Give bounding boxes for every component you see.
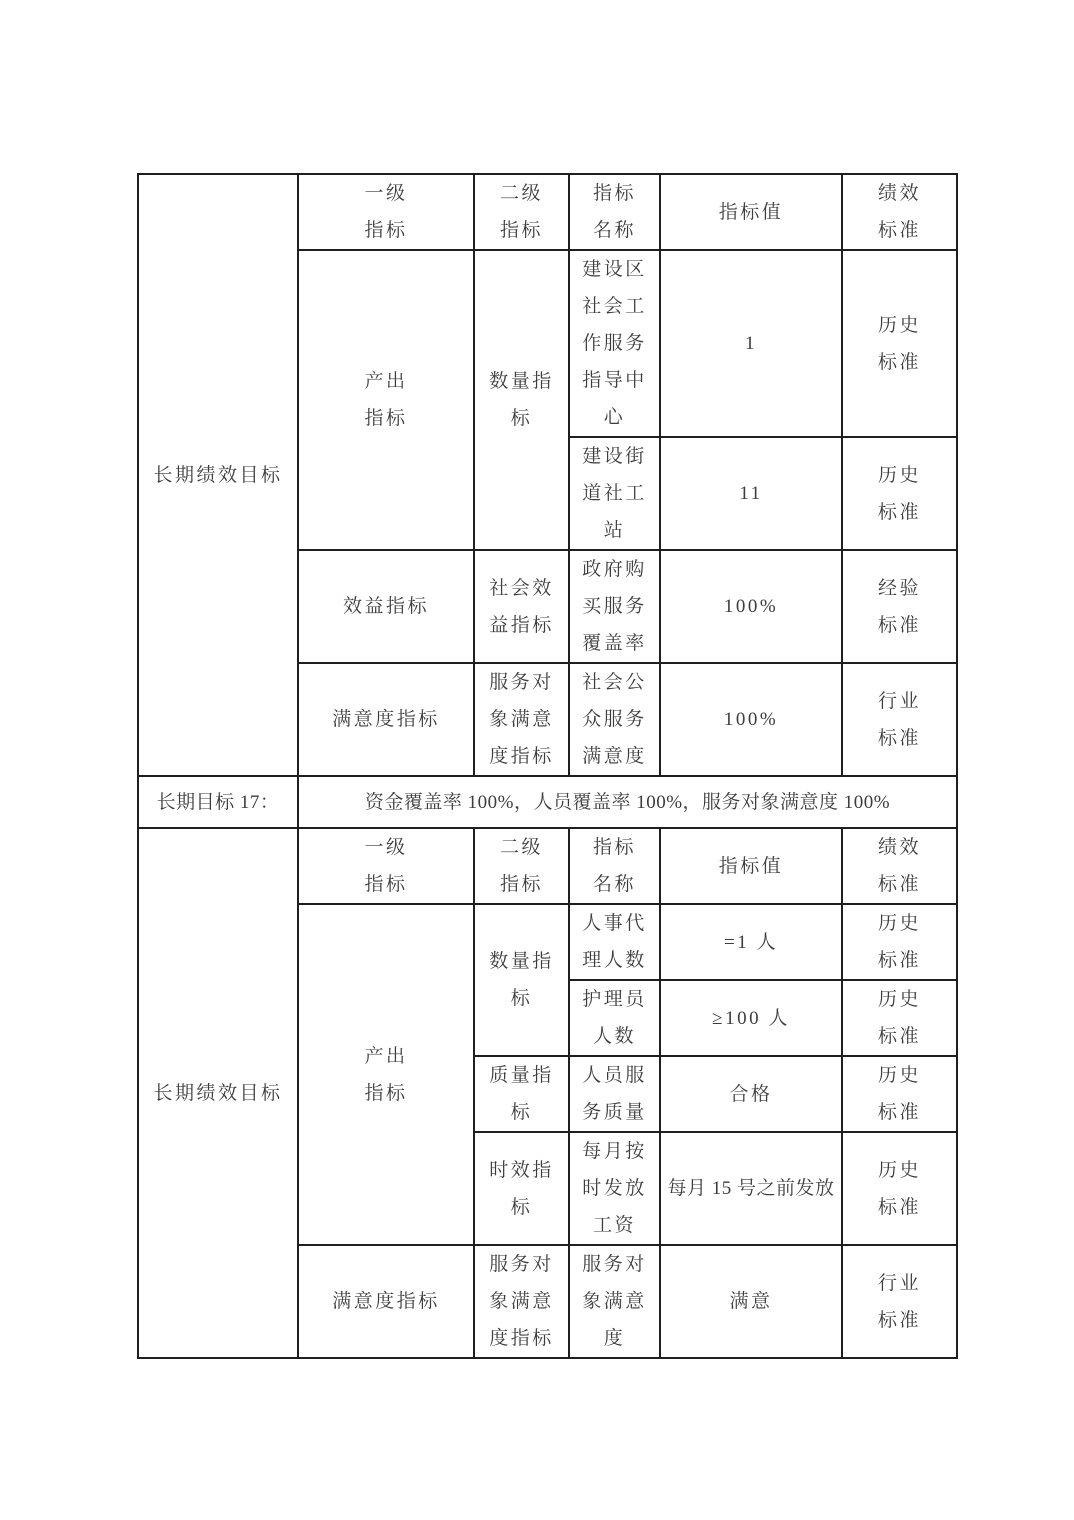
s2-r3-name-cell: 每月按 时发放 工资 xyxy=(569,1132,660,1245)
s1-level2-service-target-cell: 服务对 象满意 度指标 xyxy=(474,663,569,776)
s2-level2-timeliness: 时效指 标 xyxy=(489,1152,554,1226)
header-name-label: 指标 名称 xyxy=(593,175,636,249)
s2-r1-value: ≥100 人 xyxy=(712,1000,790,1037)
section2-row-label-cell: 长期绩效目标 xyxy=(138,828,298,1358)
s1-r2-standard-cell: 经验 标准 xyxy=(842,550,957,663)
s2-level2-quality-cell: 质量指 标 xyxy=(474,1056,569,1132)
s1-r3-value-cell: 100% xyxy=(660,663,842,776)
header-level1-label: 一级 指标 xyxy=(364,829,407,903)
s2-level1-output: 产出 指标 xyxy=(364,1038,407,1112)
s2-r4-value-cell: 满意 xyxy=(660,1245,842,1358)
section1-row-label: 长期绩效目标 xyxy=(153,457,282,494)
section1-row-label-cell: 长期绩效目标 xyxy=(138,174,298,776)
s2-level2-service-target-cell: 服务对 象满意 度指标 xyxy=(474,1245,569,1358)
s1-r1-value: 11 xyxy=(739,475,762,512)
section1-header-level2-cell: 二级 指标 xyxy=(474,174,569,250)
s2-r2-name: 人员服 务质量 xyxy=(582,1057,647,1131)
section2-header-standard-cell: 绩效 标准 xyxy=(842,828,957,904)
s2-r2-standard: 历史 标准 xyxy=(878,1057,921,1131)
header-name-label: 指标 名称 xyxy=(593,829,636,903)
s1-r2-standard: 经验 标准 xyxy=(878,570,921,644)
s1-level1-benefit-cell: 效益指标 xyxy=(298,550,474,663)
section2-header-level1-cell: 一级 指标 xyxy=(298,828,474,904)
section2-row-label: 长期绩效目标 xyxy=(153,1075,282,1112)
header-level2-label: 二级 指标 xyxy=(500,175,543,249)
s1-r0-value-cell: 1 xyxy=(660,250,842,437)
s2-level2-service-target: 服务对 象满意 度指标 xyxy=(489,1246,554,1357)
s2-level1-satisfaction: 满意度指标 xyxy=(332,1283,440,1320)
table-row: 长期目标 17： 资金覆盖率 100%，人员覆盖率 100%，服务对象满意度 1… xyxy=(138,776,957,828)
s2-r0-value: =1 人 xyxy=(724,924,778,961)
s2-level2-quantity: 数量指 标 xyxy=(489,943,554,1017)
performance-indicator-table: 长期绩效目标 一级 指标 二级 指标 指标 名称 指标值 绩效 标准 产出 指标… xyxy=(137,173,958,1359)
goal-label-cell: 长期目标 17： xyxy=(138,776,298,828)
header-standard-label: 绩效 标准 xyxy=(878,175,921,249)
section1-header-standard-cell: 绩效 标准 xyxy=(842,174,957,250)
section1-header-value-cell: 指标值 xyxy=(660,174,842,250)
s1-r1-standard-cell: 历史 标准 xyxy=(842,437,957,550)
s1-r2-name-cell: 政府购 买服务 覆盖率 xyxy=(569,550,660,663)
s2-level2-quality: 质量指 标 xyxy=(489,1057,554,1131)
s1-r2-name: 政府购 买服务 覆盖率 xyxy=(582,551,647,662)
header-level1-label: 一级 指标 xyxy=(364,175,407,249)
s1-r3-standard-cell: 行业 标准 xyxy=(842,663,957,776)
s2-r1-standard: 历史 标准 xyxy=(878,981,921,1055)
s1-r0-standard-cell: 历史 标准 xyxy=(842,250,957,437)
s1-r1-standard: 历史 标准 xyxy=(878,457,921,531)
section2-header-name-cell: 指标 名称 xyxy=(569,828,660,904)
s2-r1-name-cell: 护理员 人数 xyxy=(569,980,660,1056)
s1-r0-name: 建设区 社会工 作服务 指导中 心 xyxy=(582,251,647,436)
s2-r0-value-cell: =1 人 xyxy=(660,904,842,980)
s2-level1-satisfaction-cell: 满意度指标 xyxy=(298,1245,474,1358)
header-level2-label: 二级 指标 xyxy=(500,829,543,903)
goal-label: 长期目标 17： xyxy=(157,784,280,821)
s2-r2-name-cell: 人员服 务质量 xyxy=(569,1056,660,1132)
table-row: 长期绩效目标 一级 指标 二级 指标 指标 名称 指标值 绩效 标准 xyxy=(138,174,957,250)
s2-level1-output-cell: 产出 指标 xyxy=(298,904,474,1245)
header-value-label: 指标值 xyxy=(719,848,784,885)
s2-level2-quantity-cell: 数量指 标 xyxy=(474,904,569,1056)
s2-r0-name: 人事代 理人数 xyxy=(582,905,647,979)
s1-r1-name-cell: 建设街 道社工 站 xyxy=(569,437,660,550)
s2-r4-name-cell: 服务对 象满意 度 xyxy=(569,1245,660,1358)
s2-r2-value-cell: 合格 xyxy=(660,1056,842,1132)
goal-content: 资金覆盖率 100%，人员覆盖率 100%，服务对象满意度 100% xyxy=(365,784,890,821)
section1-header-name-cell: 指标 名称 xyxy=(569,174,660,250)
s2-r3-name: 每月按 时发放 工资 xyxy=(582,1133,647,1244)
s1-level1-satisfaction-cell: 满意度指标 xyxy=(298,663,474,776)
s1-r3-standard: 行业 标准 xyxy=(878,683,921,757)
header-standard-label: 绩效 标准 xyxy=(878,829,921,903)
s1-r3-name-cell: 社会公 众服务 满意度 xyxy=(569,663,660,776)
s2-r0-name-cell: 人事代 理人数 xyxy=(569,904,660,980)
s2-r3-value-cell: 每月 15 号之前发放 xyxy=(660,1132,842,1245)
s1-r2-value: 100% xyxy=(724,588,778,625)
s1-level2-social-benefit: 社会效 益指标 xyxy=(489,570,554,644)
s1-r0-standard: 历史 标准 xyxy=(878,307,921,381)
s2-r2-value: 合格 xyxy=(729,1076,772,1113)
s1-r0-value: 1 xyxy=(745,325,757,362)
s1-level1-satisfaction: 满意度指标 xyxy=(332,701,440,738)
s1-r3-name: 社会公 众服务 满意度 xyxy=(582,664,647,775)
s1-level1-benefit: 效益指标 xyxy=(343,588,429,625)
s1-r1-value-cell: 11 xyxy=(660,437,842,550)
s1-r1-name: 建设街 道社工 站 xyxy=(582,438,647,549)
section1-header-level1-cell: 一级 指标 xyxy=(298,174,474,250)
section2-header-value-cell: 指标值 xyxy=(660,828,842,904)
s2-r2-standard-cell: 历史 标准 xyxy=(842,1056,957,1132)
s2-r3-standard: 历史 标准 xyxy=(878,1152,921,1226)
s1-level2-quantity: 数量指 标 xyxy=(489,363,554,437)
s2-r0-standard-cell: 历史 标准 xyxy=(842,904,957,980)
s2-r1-name: 护理员 人数 xyxy=(582,981,647,1055)
s1-level2-quantity-cell: 数量指 标 xyxy=(474,250,569,550)
header-value-label: 指标值 xyxy=(719,194,784,231)
page: 长期绩效目标 一级 指标 二级 指标 指标 名称 指标值 绩效 标准 产出 指标… xyxy=(0,0,1074,1520)
s1-r2-value-cell: 100% xyxy=(660,550,842,663)
section2-header-level2-cell: 二级 指标 xyxy=(474,828,569,904)
s2-r1-standard-cell: 历史 标准 xyxy=(842,980,957,1056)
s1-r0-name-cell: 建设区 社会工 作服务 指导中 心 xyxy=(569,250,660,437)
goal-content-cell: 资金覆盖率 100%，人员覆盖率 100%，服务对象满意度 100% xyxy=(298,776,957,828)
s2-level2-timeliness-cell: 时效指 标 xyxy=(474,1132,569,1245)
table-row: 长期绩效目标 一级 指标 二级 指标 指标 名称 指标值 绩效 标准 xyxy=(138,828,957,904)
s2-r3-value: 每月 15 号之前发放 xyxy=(667,1170,834,1207)
s2-r1-value-cell: ≥100 人 xyxy=(660,980,842,1056)
s2-r4-value: 满意 xyxy=(729,1283,772,1320)
s1-level1-output: 产出 指标 xyxy=(364,363,407,437)
s1-level2-social-benefit-cell: 社会效 益指标 xyxy=(474,550,569,663)
s2-r4-name: 服务对 象满意 度 xyxy=(582,1246,647,1357)
s2-r3-standard-cell: 历史 标准 xyxy=(842,1132,957,1245)
s1-r3-value: 100% xyxy=(724,701,778,738)
s2-r4-standard-cell: 行业 标准 xyxy=(842,1245,957,1358)
s2-r4-standard: 行业 标准 xyxy=(878,1265,921,1339)
s1-level1-output-cell: 产出 指标 xyxy=(298,250,474,550)
s2-r0-standard: 历史 标准 xyxy=(878,905,921,979)
s1-level2-service-target: 服务对 象满意 度指标 xyxy=(489,664,554,775)
